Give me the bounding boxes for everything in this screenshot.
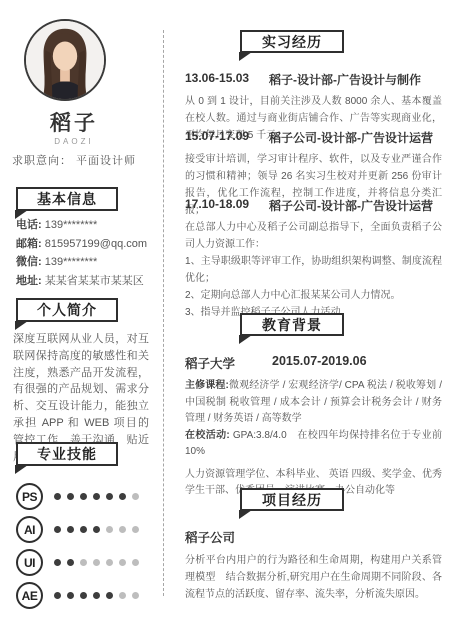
- skill-dot: [54, 493, 61, 500]
- entry-title: 稻子-设计部-广告设计与制作: [269, 71, 421, 88]
- skill-dot: [67, 526, 74, 533]
- entry-title: 稻子公司-设计部-广告设计运营: [269, 197, 433, 214]
- basic-info-list: 电话: 139******** 邮箱: 815957199@qq.com 微信:…: [16, 216, 147, 290]
- skill-row-ai: AI: [16, 513, 139, 546]
- skill-dot: [132, 526, 139, 533]
- info-value: 815957199@qq.com: [45, 238, 147, 250]
- vertical-dashed-divider: [163, 30, 164, 596]
- basic-info-section-header: 基本信息: [16, 187, 118, 211]
- skill-dot: [132, 592, 139, 599]
- internship-section-header: 实习经历: [240, 30, 344, 53]
- education-head: 稻子大学 2015.07-2019.06: [185, 354, 442, 372]
- skill-dot: [67, 493, 74, 500]
- candidate-name-en: DAOZI: [0, 137, 148, 146]
- info-value: 139********: [45, 256, 98, 268]
- skill-dot: [80, 493, 87, 500]
- education-body: 主修课程:微观经济学 / 宏观经济学/ CPA 税法 / 税收筹划 / 中国税制…: [185, 378, 442, 500]
- entry-list-item: 1、主导职级职等评审工作，协助组织架构调整、制度流程优化；: [185, 253, 442, 287]
- project-description: 分析平台内用户的行为路径和生命周期，构建用户关系管理模型 结合数据分析,研究用户…: [185, 552, 442, 603]
- skill-row-ae: AE: [16, 579, 139, 612]
- sidebar: 稻子 DAOZI 求职意向： 平面设计师 基本信息 电话: 139*******…: [0, 0, 148, 637]
- education-section-header: 教育背景: [240, 313, 344, 336]
- entry-description: 在总部人力中心及稻子公司副总指导下，全面负责稻子公司人力资源工作： 1、主导职级…: [185, 219, 442, 321]
- education-date: 2015.07-2019.06: [272, 354, 367, 372]
- candidate-name: 稻子: [0, 107, 148, 137]
- skill-dot: [106, 493, 113, 500]
- skill-dot: [67, 592, 74, 599]
- school-name: 稻子大学: [185, 354, 272, 372]
- skill-level-dots: [54, 559, 139, 566]
- skill-dot: [119, 592, 126, 599]
- entry-head: 15.07-17.09 稻子公司-设计部-广告设计运营: [185, 129, 442, 146]
- skill-level-dots: [54, 493, 139, 500]
- job-objective: 求职意向： 平面设计师: [0, 152, 148, 168]
- education-entry: 稻子大学 2015.07-2019.06 主修课程:微观经济学 / 宏观经济学/…: [185, 354, 442, 500]
- info-label: 地址:: [16, 275, 42, 287]
- skill-row-ui: UI: [16, 546, 139, 579]
- photoshop-icon: PS: [16, 483, 43, 510]
- entry-head: 13.06-15.03 稻子-设计部-广告设计与制作: [185, 71, 442, 88]
- skills-list: PS AI UI AE: [16, 480, 139, 612]
- skill-dot: [93, 592, 100, 599]
- illustrator-icon: AI: [16, 516, 43, 543]
- activities-line: 在校活动: GPA:3.8/4.0 在校四年均保持排名位于专业前 10%: [185, 428, 442, 461]
- entry-title: 稻子公司-设计部-广告设计运营: [269, 129, 433, 146]
- entry-date: 15.07-17.09: [185, 129, 269, 146]
- skill-dot: [80, 526, 87, 533]
- skill-dot: [93, 526, 100, 533]
- skill-dot: [93, 493, 100, 500]
- skill-dot: [119, 493, 126, 500]
- internship-entry: 17.10-18.09 稻子公司-设计部-广告设计运营 在总部人力中心及稻子公司…: [185, 197, 442, 321]
- info-row-email: 邮箱: 815957199@qq.com: [16, 235, 147, 254]
- info-label: 邮箱:: [16, 238, 42, 250]
- profile-section-header: 个人简介: [16, 298, 118, 322]
- activities-label: 在校活动:: [185, 430, 230, 441]
- entry-description-line: 在总部人力中心及稻子公司副总指导下，全面负责稻子公司人力资源工作：: [185, 219, 442, 253]
- info-row-address: 地址: 某某省某某市某某区: [16, 272, 147, 291]
- entry-date: 17.10-18.09: [185, 197, 269, 214]
- skill-dot: [54, 559, 61, 566]
- skill-dot: [54, 592, 61, 599]
- skill-dot: [132, 493, 139, 500]
- info-row-phone: 电话: 139********: [16, 216, 147, 235]
- courses-label: 主修课程:: [185, 380, 229, 391]
- project-company: 稻子公司: [185, 528, 442, 546]
- skill-dot: [119, 526, 126, 533]
- skill-row-ps: PS: [16, 480, 139, 513]
- skill-dot: [132, 559, 139, 566]
- resume-page: 稻子 DAOZI 求职意向： 平面设计师 基本信息 电话: 139*******…: [0, 0, 450, 637]
- skill-dot: [54, 526, 61, 533]
- skills-section-header: 专业技能: [16, 442, 118, 466]
- project-entry: 稻子公司 分析平台内用户的行为路径和生命周期，构建用户关系管理模型 结合数据分析…: [185, 528, 442, 603]
- skill-dot: [93, 559, 100, 566]
- skill-dot: [119, 559, 126, 566]
- entry-head: 17.10-18.09 稻子公司-设计部-广告设计运营: [185, 197, 442, 214]
- info-value: 某某省某某市某某区: [45, 275, 144, 287]
- skill-level-dots: [54, 592, 139, 599]
- profile-photo: [24, 19, 106, 101]
- entry-list-item: 2、定期向总部人力中心汇报某某公司人力情况。: [185, 287, 442, 304]
- info-label: 电话:: [16, 219, 42, 231]
- skill-dot: [106, 526, 113, 533]
- skill-dot: [80, 559, 87, 566]
- info-row-wechat: 微信: 139********: [16, 253, 147, 272]
- skill-level-dots: [54, 526, 139, 533]
- entry-date: 13.06-15.03: [185, 71, 269, 88]
- skill-dot: [106, 559, 113, 566]
- info-value: 139********: [45, 219, 98, 231]
- project-section-header: 项目经历: [240, 488, 344, 511]
- ui-design-icon: UI: [16, 549, 43, 576]
- skill-dot: [106, 592, 113, 599]
- skill-dot: [80, 592, 87, 599]
- courses-line: 主修课程:微观经济学 / 宏观经济学/ CPA 税法 / 税收筹划 / 中国税制…: [185, 378, 442, 428]
- after-effects-icon: AE: [16, 582, 43, 609]
- info-label: 微信:: [16, 256, 42, 268]
- skill-dot: [67, 559, 74, 566]
- avatar-illustration: [26, 21, 104, 99]
